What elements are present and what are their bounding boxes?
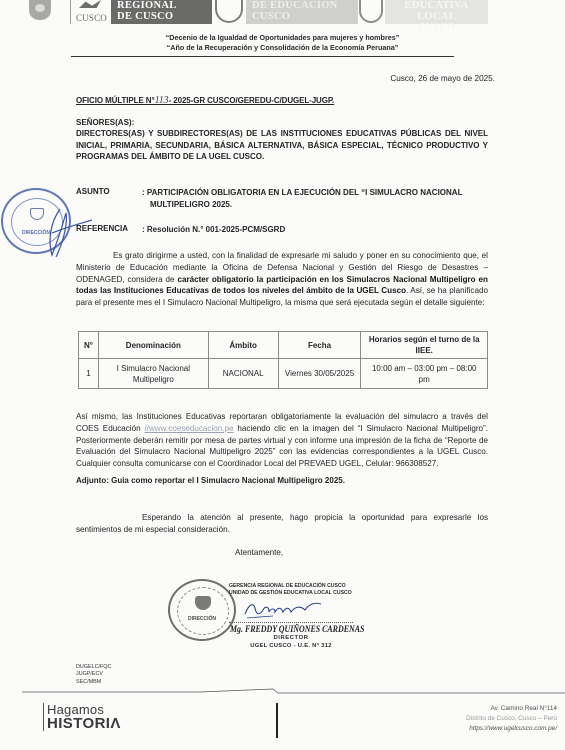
signatory-name: Mg. FREDDY QUIÑONES CARDENAS	[230, 624, 364, 634]
asunto-label: ASUNTO	[76, 187, 110, 196]
referencia-label: REFERENCIA	[76, 224, 128, 233]
table-row: 1 I Simulacro Nacional Multipeligro NACI…	[79, 359, 488, 389]
cell-ambito: NACIONAL	[208, 359, 278, 389]
stamp-text: DIRECCIÓN	[170, 616, 234, 622]
oficio-suffix: - 2025-GR CUSCO/GEREDU-C/DUGEL-JUGP.	[169, 96, 335, 105]
footer-divider	[0, 686, 565, 694]
reference-initials: DUGELC/FQC JUGP/ECV SEC/MBM	[76, 664, 111, 686]
oficio-prefix: OFICIO MÚLTIPLE N°	[76, 96, 155, 105]
director-official-stamp: DIRECCIÓN	[168, 579, 236, 641]
closing-paragraph: Esperando la atención al presente, hago …	[76, 512, 488, 536]
ugel-seal-icon	[359, 0, 383, 23]
ugel-box: EDUCATIVA LOCAL CUSCO	[385, 0, 488, 24]
oficio-number-handwritten: 113	[155, 95, 169, 106]
sig-org-line2: UNIDAD DE GESTIÓN EDUCATIVA LOCAL CUSCO	[229, 590, 352, 597]
cusco-regional-logo: CUSCO	[70, 0, 110, 24]
body-paragraph-2: Así mismo, las Instituciones Educativas …	[76, 411, 488, 470]
footer-vertical-divider	[276, 703, 278, 738]
sign-off: Atentamente,	[235, 547, 283, 559]
gobierno-regional-line2: DE CUSCO	[117, 11, 212, 22]
address-street: Av. Camino Real N°114	[466, 704, 557, 714]
letter-date: Cusco, 26 de mayo de 2025.	[390, 73, 495, 85]
handwritten-signature-icon	[243, 600, 323, 620]
letterhead: CUSCO REGIONAL DE CUSCO DE EDUCACIÓN CUS…	[0, 0, 565, 24]
sig-org-line1: GERENCIA REGIONAL DE EDUCACIÓN CUSCO	[229, 583, 352, 590]
closing-text: Esperando la atención al presente, hago …	[76, 513, 488, 534]
asunto-value: : PARTICIPACIÓN OBLIGATORIA EN LA EJECUC…	[142, 187, 492, 210]
initials-line: SEC/MBM	[76, 679, 111, 686]
slogan-decenio: “Decenio de la Igualdad de Oportunidades…	[0, 33, 565, 42]
attachment-note: Adjunto: Guia como reportar el I Simulac…	[76, 475, 345, 487]
slogan-anio: “Año de la Recuperación y Consolidación …	[0, 43, 565, 52]
signature-line	[229, 622, 353, 623]
addressee: DIRECTORES(AS) Y SUBDIRECTORES(AS) DE LA…	[76, 128, 488, 163]
header-divider	[71, 56, 454, 57]
peru-coat-of-arms-icon	[29, 0, 51, 20]
simulacro-table: N° Denominación Ámbito Fecha Horarios se…	[78, 331, 488, 389]
col-header-fecha: Fecha	[278, 332, 361, 359]
gobierno-regional-box: REGIONAL DE CUSCO	[111, 0, 212, 24]
ugel-box-line1: EDUCATIVA LOCAL	[385, 0, 488, 22]
col-header-number: N°	[79, 332, 99, 359]
initials-line: JUGP/ECV	[76, 671, 111, 678]
cell-fecha: Viernes 30/05/2025	[278, 359, 361, 389]
cusco-logo-label: CUSCO	[76, 13, 107, 23]
signature-organization: GERENCIA REGIONAL DE EDUCACIÓN CUSCO UNI…	[229, 583, 352, 596]
ugel-box-line2: CUSCO	[385, 22, 488, 33]
referencia-value: : Resolución N.° 001-2025-PCM/SGRD	[142, 224, 285, 236]
brand-line2: HISTORIΛ	[47, 717, 121, 731]
col-header-horarios: Horarios según el turno de la IIEE.	[361, 332, 488, 359]
cell-denominacion: I Simulacro Nacional Multipeligro	[98, 359, 208, 389]
table-header-row: N° Denominación Ámbito Fecha Horarios se…	[79, 332, 488, 359]
website-link[interactable]: https://www.ugelcusco.com.pe/	[466, 724, 557, 734]
address-district: Distrito de Cusco, Cusco – Perú	[466, 714, 557, 724]
brand-slogan: Hagamos HISTORIΛ	[43, 703, 121, 731]
dre-box-line2: CUSCO	[252, 11, 358, 22]
dre-box-line1: DE EDUCACIÓN	[252, 0, 358, 11]
body-paragraph-1: Es grato dirigirme a usted, con la final…	[76, 250, 488, 309]
oficio-reference: OFICIO MÚLTIPLE N°113- 2025-GR CUSCO/GER…	[76, 95, 334, 107]
gobierno-regional-line1: REGIONAL	[117, 0, 212, 11]
cell-horarios: 10:00 am – 03:00 pm – 08:00 pm	[361, 359, 488, 389]
col-header-denominacion: Denominación	[98, 332, 208, 359]
signatory-unit: UGEL CUSCO - U.E. N° 312	[229, 643, 353, 649]
dre-box: DE EDUCACIÓN CUSCO	[246, 0, 358, 24]
dre-seal-icon	[215, 0, 243, 23]
footer-address: Av. Camino Real N°114 Distrito de Cusco,…	[466, 704, 557, 733]
initials-line: DUGELC/FQC	[76, 664, 111, 671]
signatory-title: DIRECTOR	[229, 635, 353, 641]
col-header-ambito: Ámbito	[208, 332, 278, 359]
coes-link[interactable]: //www.coeseducacion.pe	[144, 424, 233, 433]
cusco-bird-icon	[79, 0, 101, 8]
cell-number: 1	[79, 359, 99, 389]
stamp-crest-icon	[195, 596, 211, 610]
